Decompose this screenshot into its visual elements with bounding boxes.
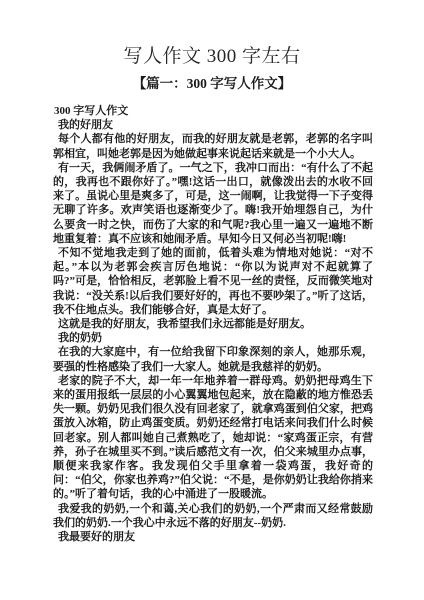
essay-paragraph: 有一天，我俩闹矛盾了。一气之下，我冲口而出：“有什么了不起的，我再也不跟你好了。…	[53, 161, 373, 246]
essay-paragraph: 在我的大家庭中，有一位给我留下印象深刻的亲人，她那乐观，要强的性格感染了我们一大…	[53, 345, 373, 373]
document-page: 写人作文 300 字左右 【篇一：300 字写人作文】 300 字写人作文我的好…	[0, 0, 424, 600]
essay-paragraph: 不知不觉地我走到了她的面前，低着头难为情地对她说：“对不起。”本以为老郭会疾言厉…	[53, 246, 373, 317]
essay-body: 300 字写人作文我的好朋友每个人都有他的好朋友，而我的好朋友就是老郭，老郭的名…	[53, 104, 373, 544]
essay-heading: 我最要好的朋友	[53, 530, 373, 544]
essay-paragraph: 每个人都有他的好朋友，而我的好朋友就是老郭，老郭的名字叫郭相宜，叫她老郭是因为她…	[53, 132, 373, 160]
document-title: 写人作文 300 字左右	[0, 0, 424, 70]
essay-heading: 我的奶奶	[53, 331, 373, 345]
essay-heading: 300 字写人作文	[53, 104, 373, 118]
section-subtitle: 【篇一：300 字写人作文】	[0, 75, 424, 93]
essay-paragraph: 这就是我的好朋友，我希望我们永远都能是好朋友。	[53, 317, 373, 331]
essay-heading: 我的好朋友	[53, 118, 373, 132]
essay-paragraph: 我爱我的奶奶,一个和蔼,关心我们的奶奶,一个严肃而又经常鼓励我们的奶奶.一个我心…	[53, 502, 373, 530]
essay-paragraph: 老家的院子不大，却一年一年地养着一群母鸡。奶奶把母鸡生下来的蛋用报纸一层层的小心…	[53, 374, 373, 502]
